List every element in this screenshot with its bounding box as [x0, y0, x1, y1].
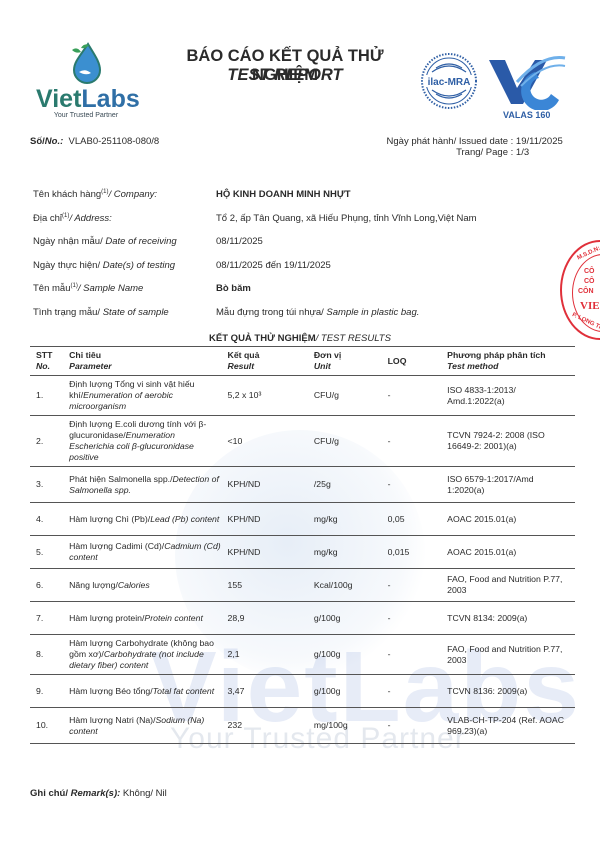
- row-method: ISO 6579-1:2017/Amd 1:2020(a): [444, 467, 575, 503]
- row-unit: g/100g: [311, 635, 385, 675]
- row-number: 7.: [30, 602, 66, 635]
- row-unit: Kcal/100g: [311, 569, 385, 602]
- table-row: 8.Hàm lượng Carbohydrate (không bao gồm …: [30, 635, 575, 675]
- row-parameter: Hàm lượng Natri (Na)/Sodium (Na) content: [66, 708, 224, 744]
- report-number-value: VLAB0-251108-080/8: [69, 136, 160, 147]
- row-parameter: Định lượng E.coli dương tính với β-glucu…: [66, 416, 224, 467]
- ilac-label: ilac-MRA: [428, 77, 471, 88]
- receiving-date-value: 08/11/2025: [216, 236, 263, 247]
- row-unit: mg/100g: [311, 708, 385, 744]
- results-table: STTNo. Chỉ tiêuParameter Kết quảResult Đ…: [30, 346, 575, 744]
- row-parameter: Hàm lượng Carbohydrate (không bao gồm xơ…: [66, 635, 224, 675]
- remark: Ghi chú/ Remark(s): Không/ Nil: [30, 788, 167, 799]
- row-loq: -: [385, 675, 445, 708]
- row-result: KPH/ND: [225, 467, 311, 503]
- table-header-row: STTNo. Chỉ tiêuParameter Kết quảResult Đ…: [30, 347, 575, 376]
- table-row: 3.Phát hiện Salmonella spp./Detection of…: [30, 467, 575, 503]
- row-parameter: Hàm lượng Béo tổng/Total fat content: [66, 675, 224, 708]
- report-number: Số/No.: VLAB0-251108-080/8: [30, 136, 159, 147]
- col-result: Kết quảResult: [225, 347, 311, 376]
- row-unit: CFU/g: [311, 376, 385, 416]
- table-row: 10.Hàm lượng Natri (Na)/Sodium (Na) cont…: [30, 708, 575, 744]
- row-result: 232: [225, 708, 311, 744]
- table-row: 9.Hàm lượng Béo tổng/Total fat content3,…: [30, 675, 575, 708]
- table-row: 1.Định lượng Tổng vi sinh vật hiếu khí/E…: [30, 376, 575, 416]
- row-parameter: Định lượng Tổng vi sinh vật hiếu khí/Enu…: [66, 376, 224, 416]
- row-number: 9.: [30, 675, 66, 708]
- row-parameter: Hàm lượng protein/Protein content: [66, 602, 224, 635]
- table-row: 7.Hàm lượng protein/Protein content28,9g…: [30, 602, 575, 635]
- logo-name: VietLabs: [36, 86, 136, 112]
- row-unit: mg/kg: [311, 536, 385, 569]
- row-loq: -: [385, 416, 445, 467]
- issue-info: Ngày phát hành/ Issued date : 19/11/2025…: [376, 136, 563, 158]
- row-unit: mg/kg: [311, 503, 385, 536]
- company-value: HỘ KINH DOANH MINH NHỰT: [216, 189, 351, 200]
- row-method: ISO 4833-1:2013/ Amd.1:2022(a): [444, 376, 575, 416]
- table-row: 2.Định lượng E.coli dương tính với β-glu…: [30, 416, 575, 467]
- col-loq: LOQ: [385, 347, 445, 376]
- row-result: 3,47: [225, 675, 311, 708]
- row-unit: /25g: [311, 467, 385, 503]
- row-loq: -: [385, 708, 445, 744]
- row-parameter: Năng lượng/Calories: [66, 569, 224, 602]
- row-unit: g/100g: [311, 602, 385, 635]
- row-number: 6.: [30, 569, 66, 602]
- table-row: 4.Hàm lượng Chì (Pb)/Lead (Pb) contentKP…: [30, 503, 575, 536]
- row-method: VLAB-CH-TP-204 (Ref. AOAC 969.23)(a): [444, 708, 575, 744]
- water-drop-hands-leaf-icon: [66, 40, 106, 84]
- row-method: TCVN 8136: 2009(a): [444, 675, 575, 708]
- row-result: KPH/ND: [225, 503, 311, 536]
- row-result: 5,2 x 10³: [225, 376, 311, 416]
- row-loq: -: [385, 467, 445, 503]
- col-parameter: Chỉ tiêuParameter: [66, 347, 224, 376]
- row-unit: CFU/g: [311, 416, 385, 467]
- col-method: Phương pháp phân tíchTest method: [444, 347, 575, 376]
- table-row: 6.Năng lượng/Calories155Kcal/100g-FAO, F…: [30, 569, 575, 602]
- row-unit: g/100g: [311, 675, 385, 708]
- row-loq: 0,015: [385, 536, 445, 569]
- row-parameter: Hàm lượng Chì (Pb)/Lead (Pb) content: [66, 503, 224, 536]
- row-result: <10: [225, 416, 311, 467]
- row-method: AOAC 2015.01(a): [444, 536, 575, 569]
- row-method: AOAC 2015.01(a): [444, 503, 575, 536]
- page-value: : 1/3: [511, 147, 530, 158]
- issued-date-value: : 19/11/2025: [511, 136, 563, 147]
- table-row: 5.Hàm lượng Cadimi (Cd)/Cadmium (Cd) con…: [30, 536, 575, 569]
- row-loq: -: [385, 635, 445, 675]
- row-parameter: Phát hiện Salmonella spp./Detection of S…: [66, 467, 224, 503]
- testing-date-value: 08/11/2025 đến 19/11/2025: [216, 260, 331, 271]
- company-stamp: M.S.D.N: 031 CÔ CÔ CÔN VIE P. LONG TRƯỜN: [560, 240, 600, 340]
- row-method: TCVN 7924-2: 2008 (ISO 16649-2: 2001)(a): [444, 416, 575, 467]
- row-loq: -: [385, 602, 445, 635]
- row-loq: 0,05: [385, 503, 445, 536]
- valas-label: VALAS 160: [503, 110, 550, 120]
- vietlabs-logo: VietLabs Your Trusted Partner: [36, 40, 136, 119]
- row-result: 28,9: [225, 602, 311, 635]
- row-number: 3.: [30, 467, 66, 503]
- row-number: 10.: [30, 708, 66, 744]
- page-label: Trang/ Page: [376, 147, 508, 158]
- row-method: FAO, Food and Nutrition P.77, 2003: [444, 569, 575, 602]
- row-number: 5.: [30, 536, 66, 569]
- col-unit: Đơn vịUnit: [311, 347, 385, 376]
- results-section-title: KẾT QUẢ THỬ NGHIỆM/ TEST RESULTS: [0, 333, 600, 344]
- row-result: 2,1: [225, 635, 311, 675]
- row-number: 8.: [30, 635, 66, 675]
- logo-tagline: Your Trusted Partner: [36, 112, 136, 119]
- sample-name-value: Bò băm: [216, 283, 251, 294]
- issued-date-label: Ngày phát hành/ Issued date: [376, 136, 508, 147]
- sample-state-value: Mẫu đựng trong túi nhựa/ Sample in plast…: [216, 307, 419, 318]
- row-result: KPH/ND: [225, 536, 311, 569]
- row-number: 2.: [30, 416, 66, 467]
- row-loq: -: [385, 569, 445, 602]
- row-result: 155: [225, 569, 311, 602]
- ilac-mra-logo: ilac-MRA: [420, 52, 478, 110]
- col-no: STTNo.: [30, 347, 66, 376]
- row-method: TCVN 8134: 2009(a): [444, 602, 575, 635]
- row-number: 1.: [30, 376, 66, 416]
- row-loq: -: [385, 376, 445, 416]
- report-title-en: TEST REPORT: [155, 66, 415, 85]
- row-method: FAO, Food and Nutrition P.77, 2003: [444, 635, 575, 675]
- row-number: 4.: [30, 503, 66, 536]
- row-parameter: Hàm lượng Cadimi (Cd)/Cadmium (Cd) conte…: [66, 536, 224, 569]
- address-value: Tổ 2, ấp Tân Quang, xã Hiếu Phụng, tỉnh …: [216, 213, 477, 224]
